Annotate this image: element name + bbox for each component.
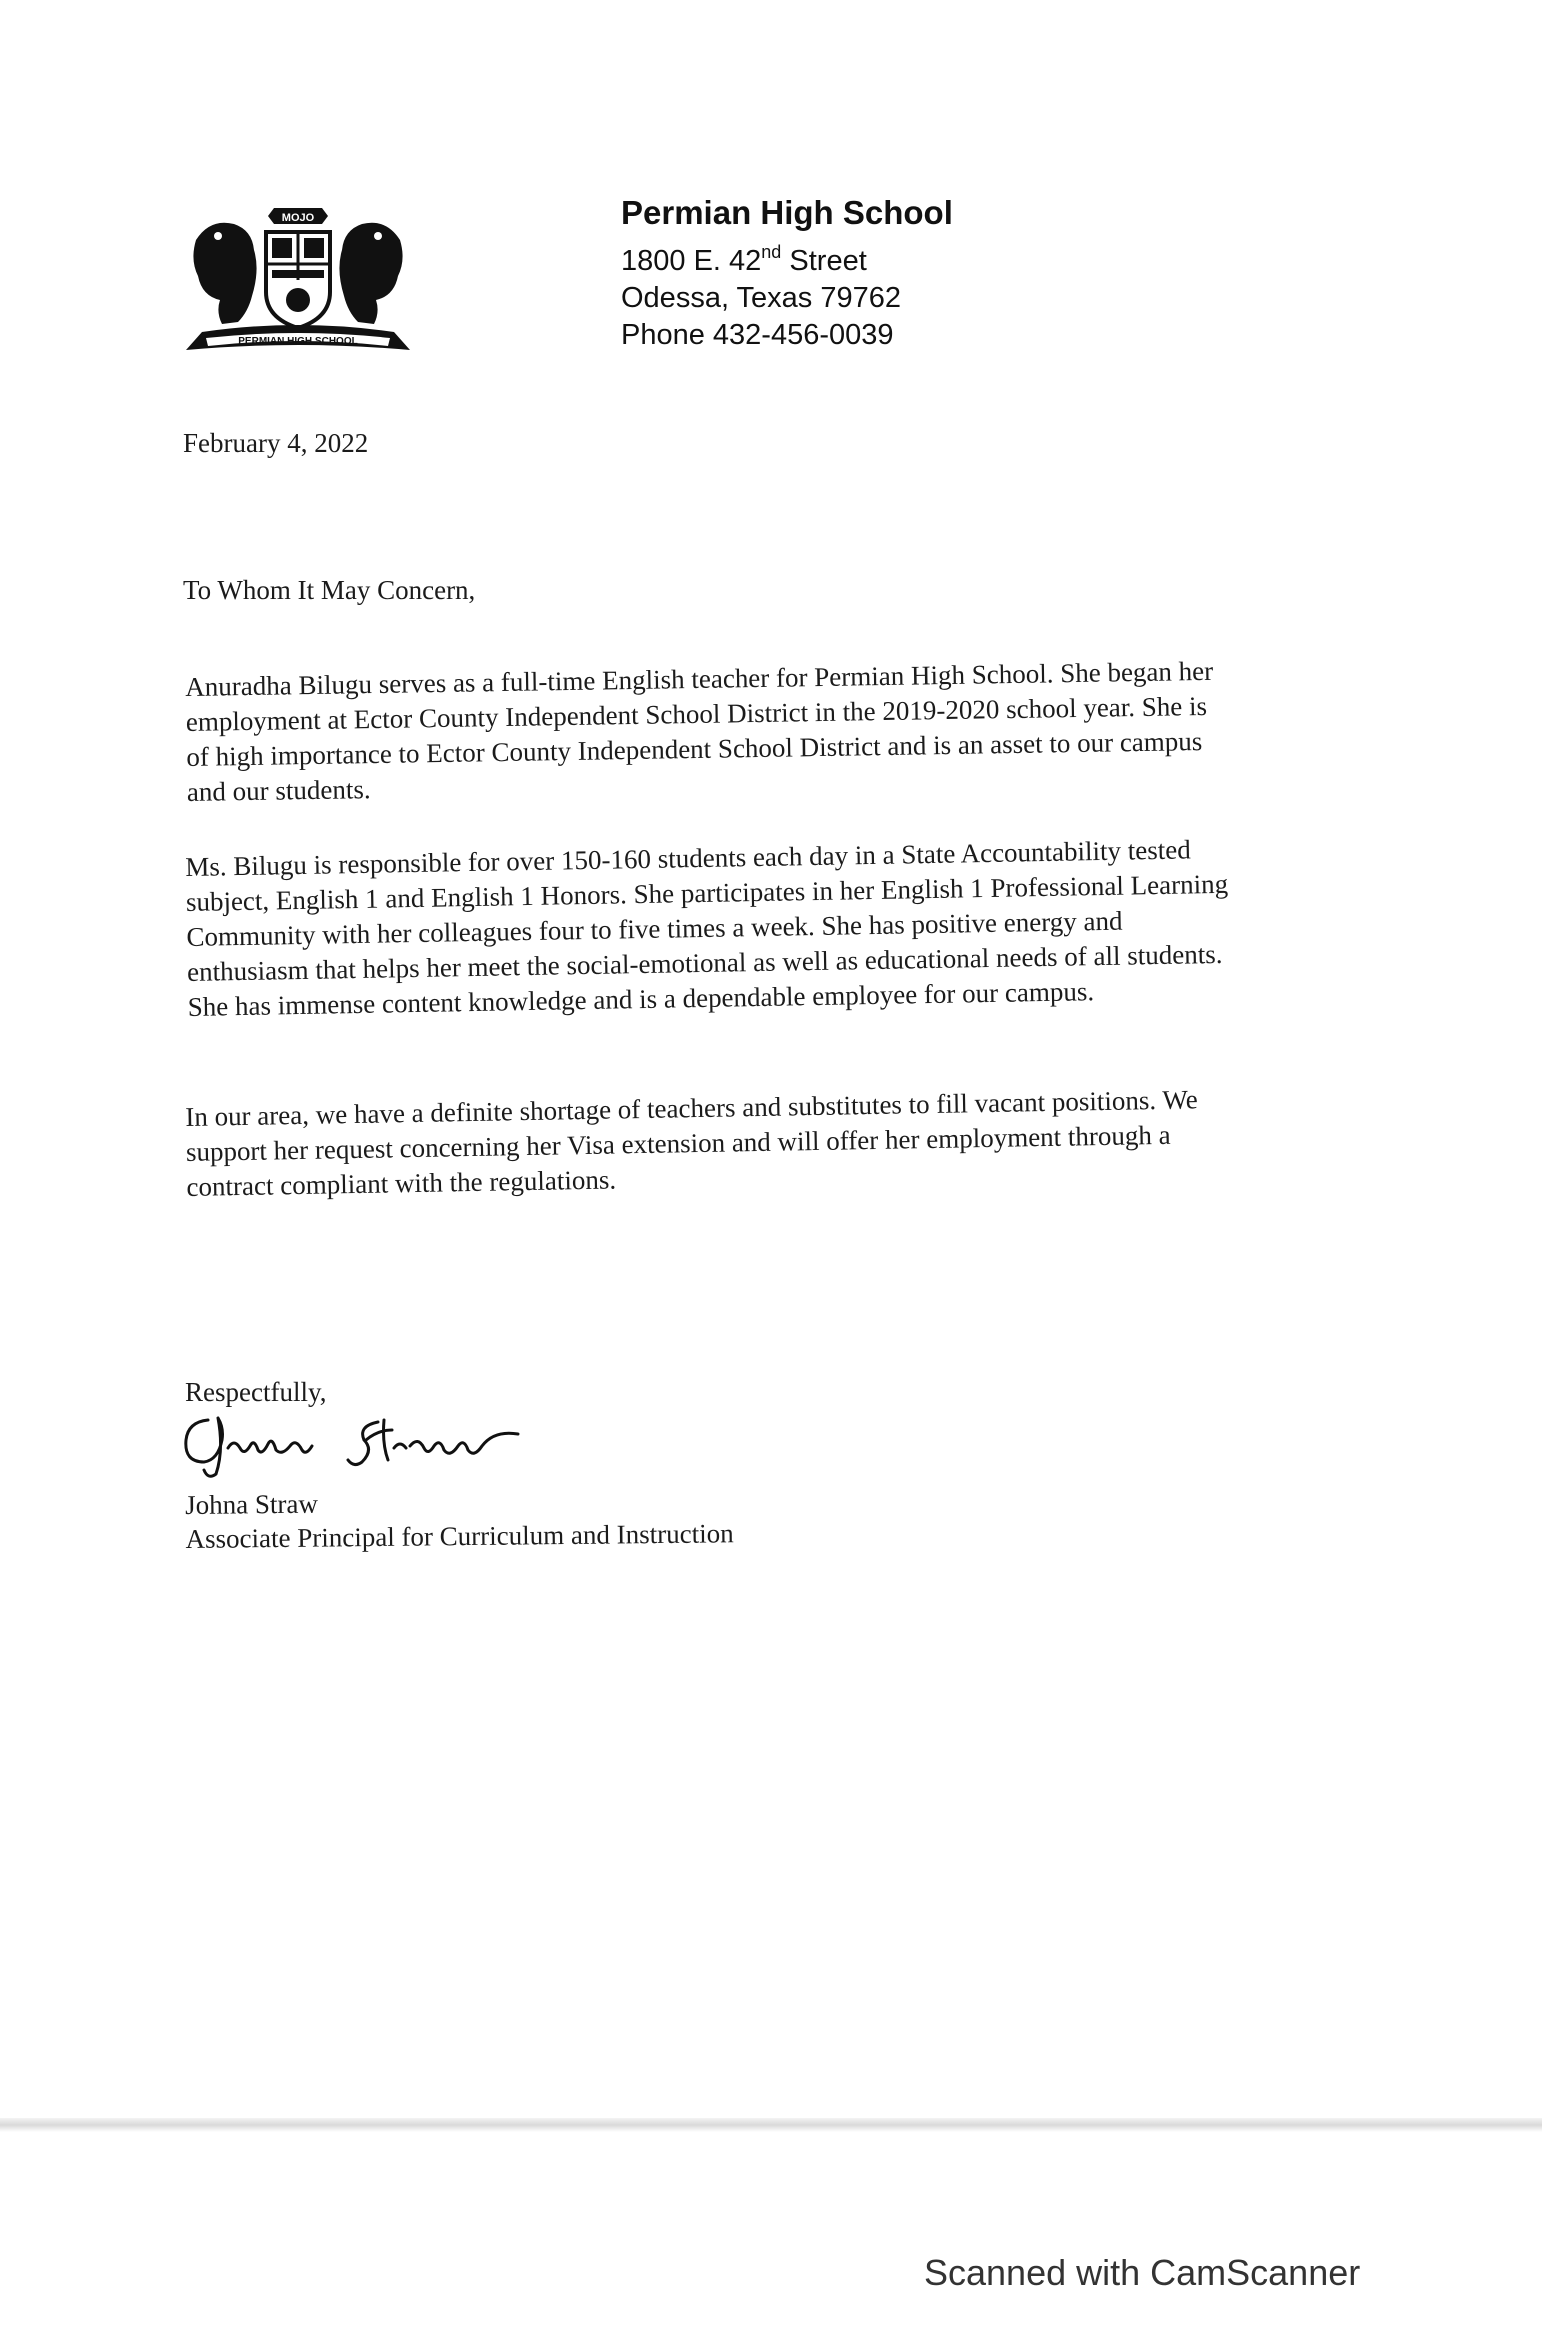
signer-name: Johna Straw bbox=[185, 1482, 733, 1522]
signature-icon bbox=[178, 1400, 548, 1480]
letter-date: February 4, 2022 bbox=[183, 428, 368, 459]
svg-text:PERMIAN HIGH SCHOOL: PERMIAN HIGH SCHOOL bbox=[238, 336, 357, 347]
camscanner-watermark: Scanned with CamScanner bbox=[924, 2252, 1360, 2294]
paragraph-support: In our area, we have a definite shortage… bbox=[185, 1079, 1367, 1205]
street-name: Street bbox=[781, 245, 866, 277]
signer-block: Johna Straw Associate Principal for Curr… bbox=[185, 1482, 734, 1556]
school-crest-icon: MOJO PERMIAN HIGH SCHOOL bbox=[182, 200, 414, 360]
page-bottom-edge bbox=[0, 2118, 1542, 2132]
school-name: Permian High School bbox=[621, 192, 953, 234]
salutation: To Whom It May Concern, bbox=[183, 575, 475, 606]
letter-page: MOJO PERMIAN HIGH SCHOOL Permian High Sc… bbox=[0, 0, 1542, 2125]
signer-title: Associate Principal for Curriculum and I… bbox=[185, 1516, 733, 1556]
paragraph-responsibilities: Ms. Bilugu is responsible for over 150-1… bbox=[185, 829, 1368, 1025]
street-address: 1800 E. 42nd Street bbox=[621, 234, 953, 280]
street-number: 1800 E. 42 bbox=[621, 245, 761, 277]
phone-number: Phone 432-456-0039 bbox=[621, 317, 953, 354]
letterhead: Permian High School 1800 E. 42nd Street … bbox=[621, 192, 953, 354]
svg-text:MOJO: MOJO bbox=[282, 212, 315, 224]
paragraph-employment: Anuradha Bilugu serves as a full-time En… bbox=[185, 651, 1367, 810]
ordinal-suffix: nd bbox=[761, 242, 781, 262]
city-state-zip: Odessa, Texas 79762 bbox=[621, 280, 953, 317]
